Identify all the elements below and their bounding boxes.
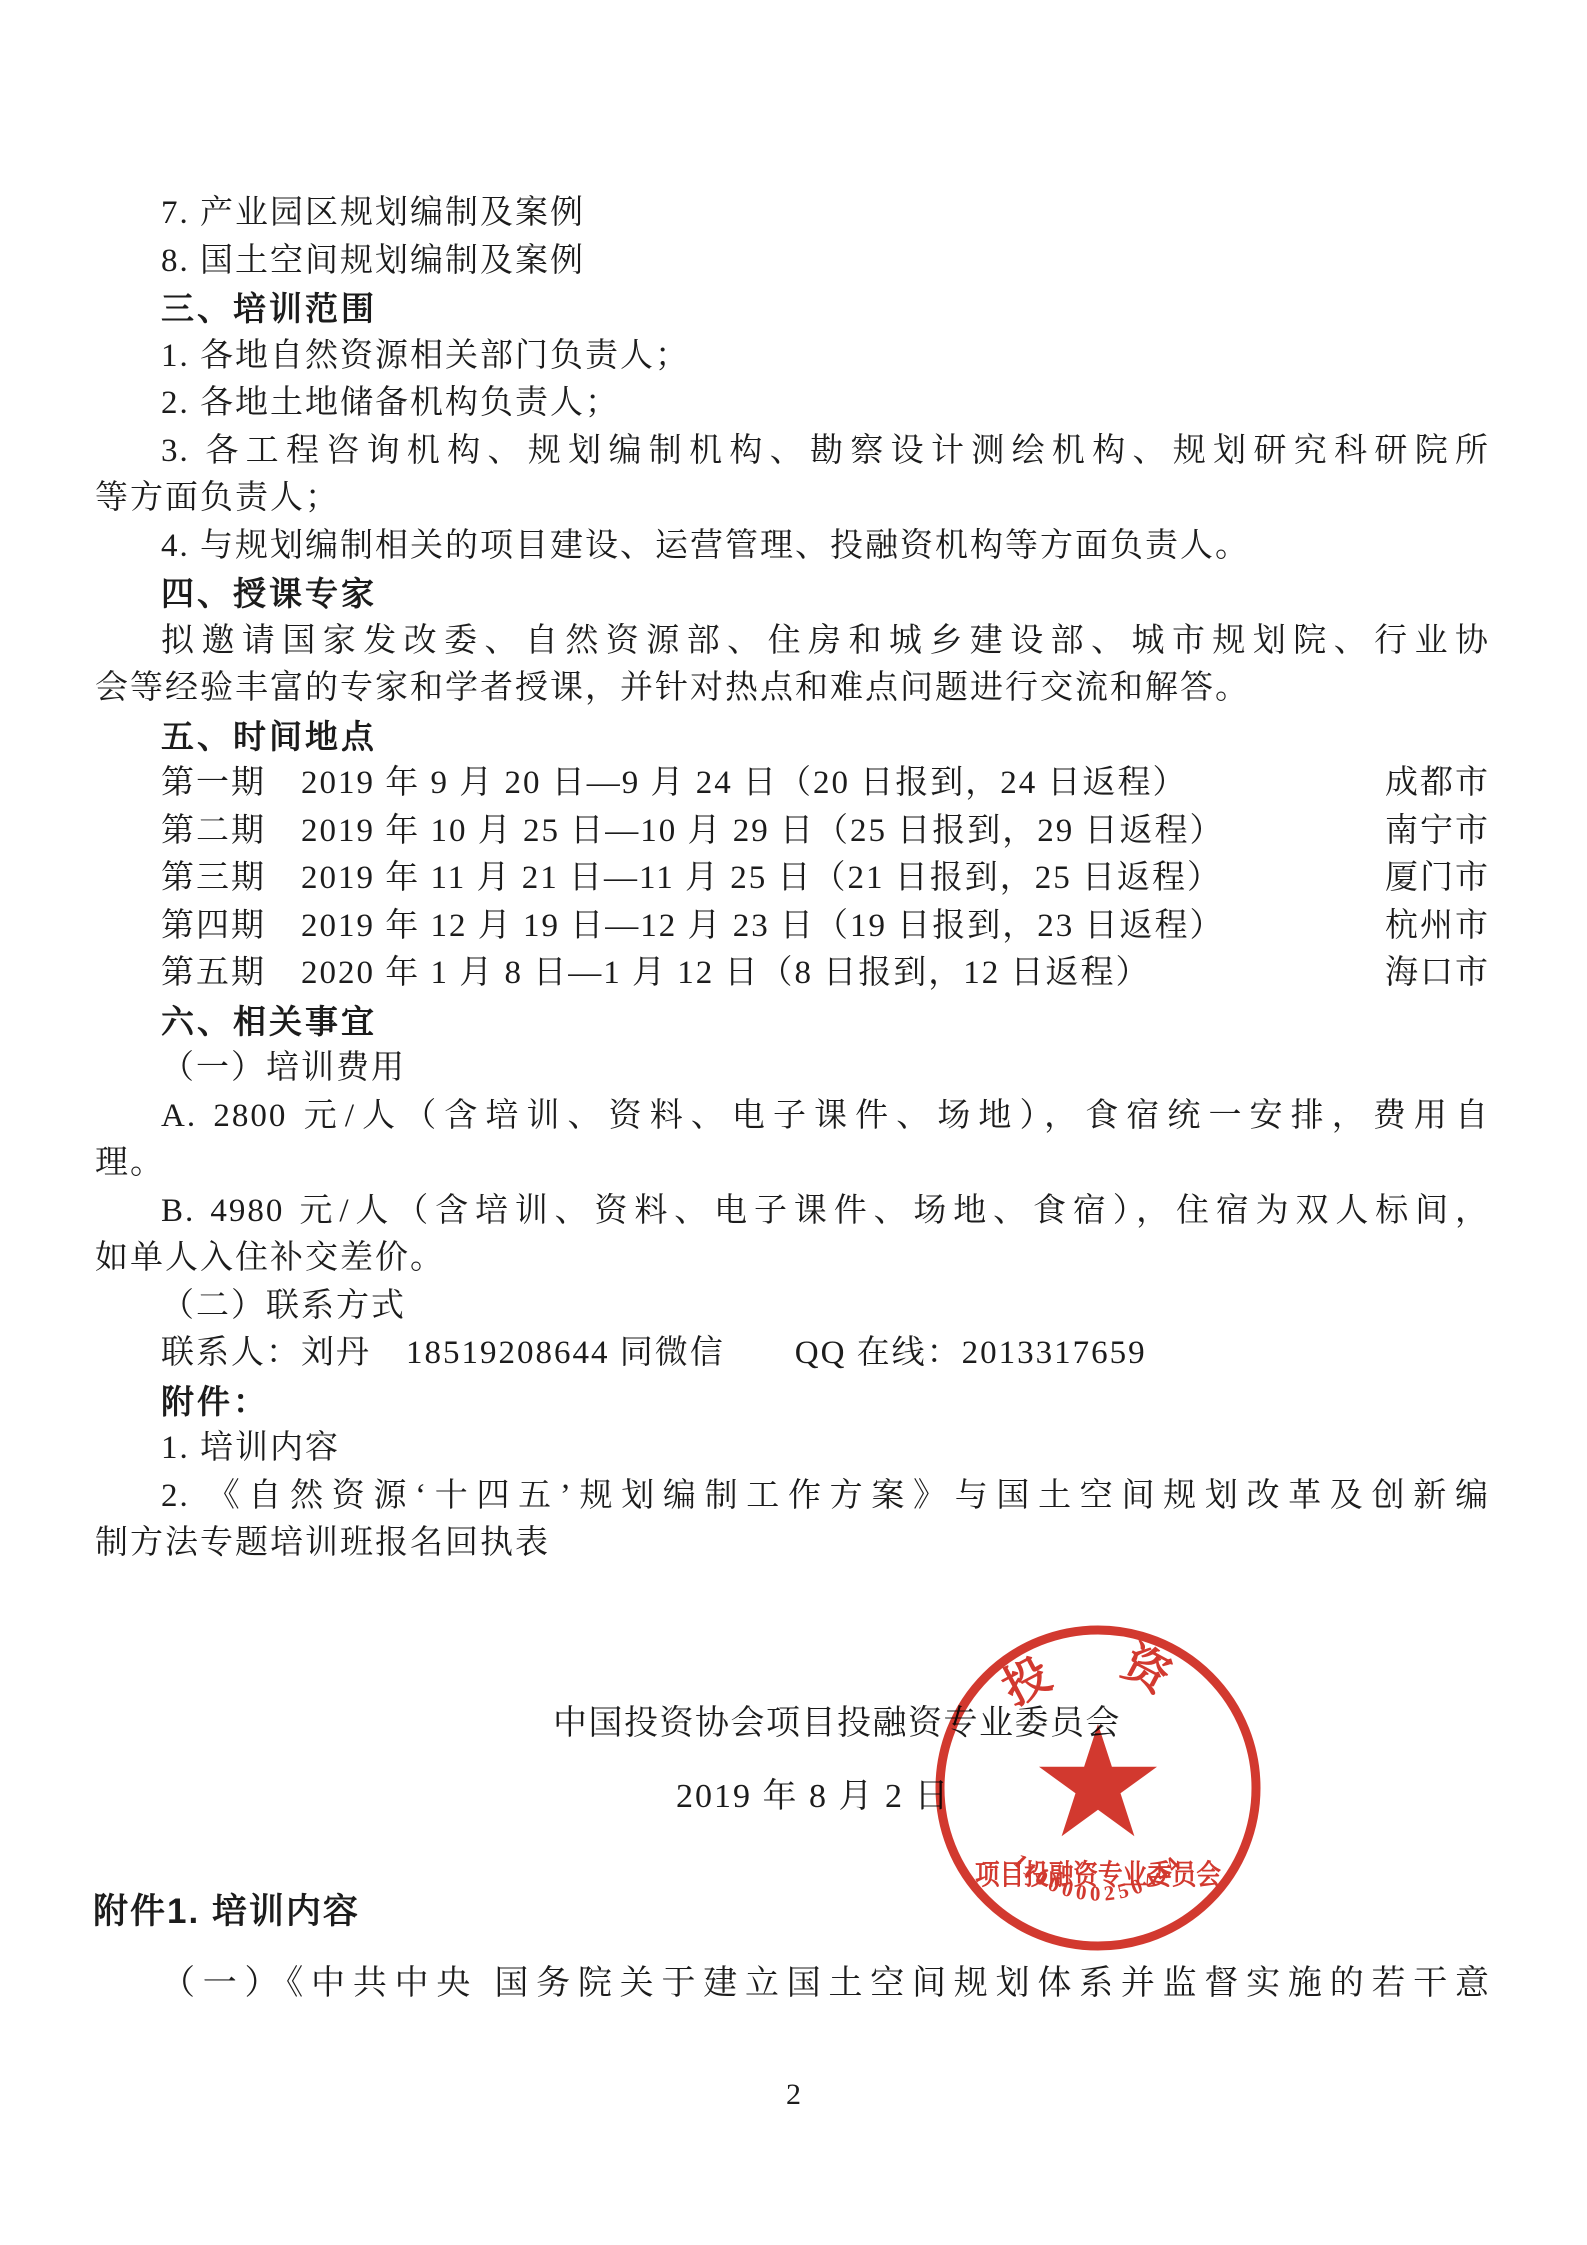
doc-line-fee-b: B. 4980 元/人（含培训、资料、电子课件、场地、食宿），住宿为双人标间，	[95, 1188, 1490, 1236]
doc-line-fee-a: A. 2800 元/人（含培训、资料、电子课件、场地），食宿统一安排，费用自	[95, 1093, 1490, 1141]
contact-info-line: 联系人：刘丹 18519208644 同微信 QQ 在线：2013317659	[95, 1330, 1490, 1378]
schedule-city: 海口市	[1385, 950, 1490, 998]
attachment-list-2-cont: 制方法专题培训班报名回执表	[95, 1520, 1490, 1568]
subheading-training-fee: （一）培训费用	[95, 1045, 1490, 1093]
doc-line-scope-3: 3. 各工程咨询机构、规划编制机构、勘察设计测绘机构、规划研究科研院所	[95, 428, 1490, 476]
schedule-row-1: 第一期 2019 年 9 月 20 日—9 月 24 日（20 日报到，24 日…	[95, 760, 1490, 808]
document-body: 7. 产业园区规划编制及案例 8. 国土空间规划编制及案例 三、培训范围 1. …	[95, 190, 1490, 1568]
schedule-city: 成都市	[1385, 760, 1490, 808]
schedule-city: 厦门市	[1385, 855, 1490, 903]
schedule-row-2: 第二期 2019 年 10 月 25 日—10 月 29 日（25 日报到，29…	[95, 808, 1490, 856]
attachment-list-1: 1. 培训内容	[95, 1425, 1490, 1473]
attachment-1-first-line: （一）《中共中央 国务院关于建立国土空间规划体系并监督实施的若干意	[161, 1955, 1491, 2004]
schedule-city: 南宁市	[1385, 808, 1490, 856]
doc-line-item-8: 8. 国土空间规划编制及案例	[95, 238, 1490, 286]
heading-time-place: 五、时间地点	[95, 713, 1490, 761]
doc-line-scope-4: 4. 与规划编制相关的项目建设、运营管理、投融资机构等方面负责人。	[95, 523, 1490, 571]
schedule-dates: 第二期 2019 年 10 月 25 日—10 月 29 日（25 日报到，29…	[161, 808, 1225, 856]
signature-date: 2019 年 8 月 2 日	[676, 1768, 951, 1817]
schedule-dates: 第三期 2019 年 11 月 21 日—11 月 25 日（21 日报到，25…	[161, 855, 1222, 903]
schedule-row-5: 第五期 2020 年 1 月 8 日—1 月 12 日（8 日报到，12 日返程…	[95, 950, 1490, 998]
doc-line-scope-2: 2. 各地土地储备机构负责人；	[95, 380, 1490, 428]
doc-line-lecturers-2: 会等经验丰富的专家和学者授课，并针对热点和难点问题进行交流和解答。	[95, 665, 1490, 713]
schedule-dates: 第五期 2020 年 1 月 8 日—1 月 12 日（8 日报到，12 日返程…	[161, 950, 1151, 998]
heading-lecturers: 四、授课专家	[95, 570, 1490, 618]
doc-line-scope-3-cont: 等方面负责人；	[95, 475, 1490, 523]
doc-line-fee-a-cont: 理。	[95, 1140, 1490, 1188]
doc-line-lecturers-1: 拟邀请国家发改委、自然资源部、住房和城乡建设部、城市规划院、行业协	[95, 618, 1490, 666]
subheading-contact: （二）联系方式	[95, 1283, 1490, 1331]
doc-line-scope-1: 1. 各地自然资源相关部门负责人；	[95, 333, 1490, 381]
schedule-city: 杭州市	[1385, 903, 1490, 951]
page-number: 2	[0, 2078, 1587, 2112]
schedule-row-3: 第三期 2019 年 11 月 21 日—11 月 25 日（21 日报到，25…	[95, 855, 1490, 903]
stamp-star-icon	[1039, 1724, 1157, 1836]
attachment-list-2: 2. 《自然资源‘十四五’规划编制工作方案》与国土空间规划改革及创新编	[95, 1473, 1490, 1521]
attachment-1-heading: 附件1. 培训内容	[93, 1884, 360, 1934]
heading-related-matters: 六、相关事宜	[95, 998, 1490, 1046]
document-page: 7. 产业园区规划编制及案例 8. 国土空间规划编制及案例 三、培训范围 1. …	[0, 0, 1587, 2245]
doc-line-item-7: 7. 产业园区规划编制及案例	[95, 190, 1490, 238]
schedule-dates: 第一期 2019 年 9 月 20 日—9 月 24 日（20 日报到，24 日…	[161, 760, 1188, 808]
doc-line-fee-b-cont: 如单人入住补交差价。	[95, 1235, 1490, 1283]
schedule-row-4: 第四期 2019 年 12 月 19 日—12 月 23 日（19 日报到，23…	[95, 903, 1490, 951]
schedule-dates: 第四期 2019 年 12 月 19 日—12 月 23 日（19 日报到，23…	[161, 903, 1225, 951]
heading-training-scope: 三、培训范围	[95, 285, 1490, 333]
official-seal-stamp: 投 资 项目投融资专业委员会 1100000250444	[928, 1618, 1268, 1958]
heading-attachments: 附件：	[95, 1378, 1490, 1426]
